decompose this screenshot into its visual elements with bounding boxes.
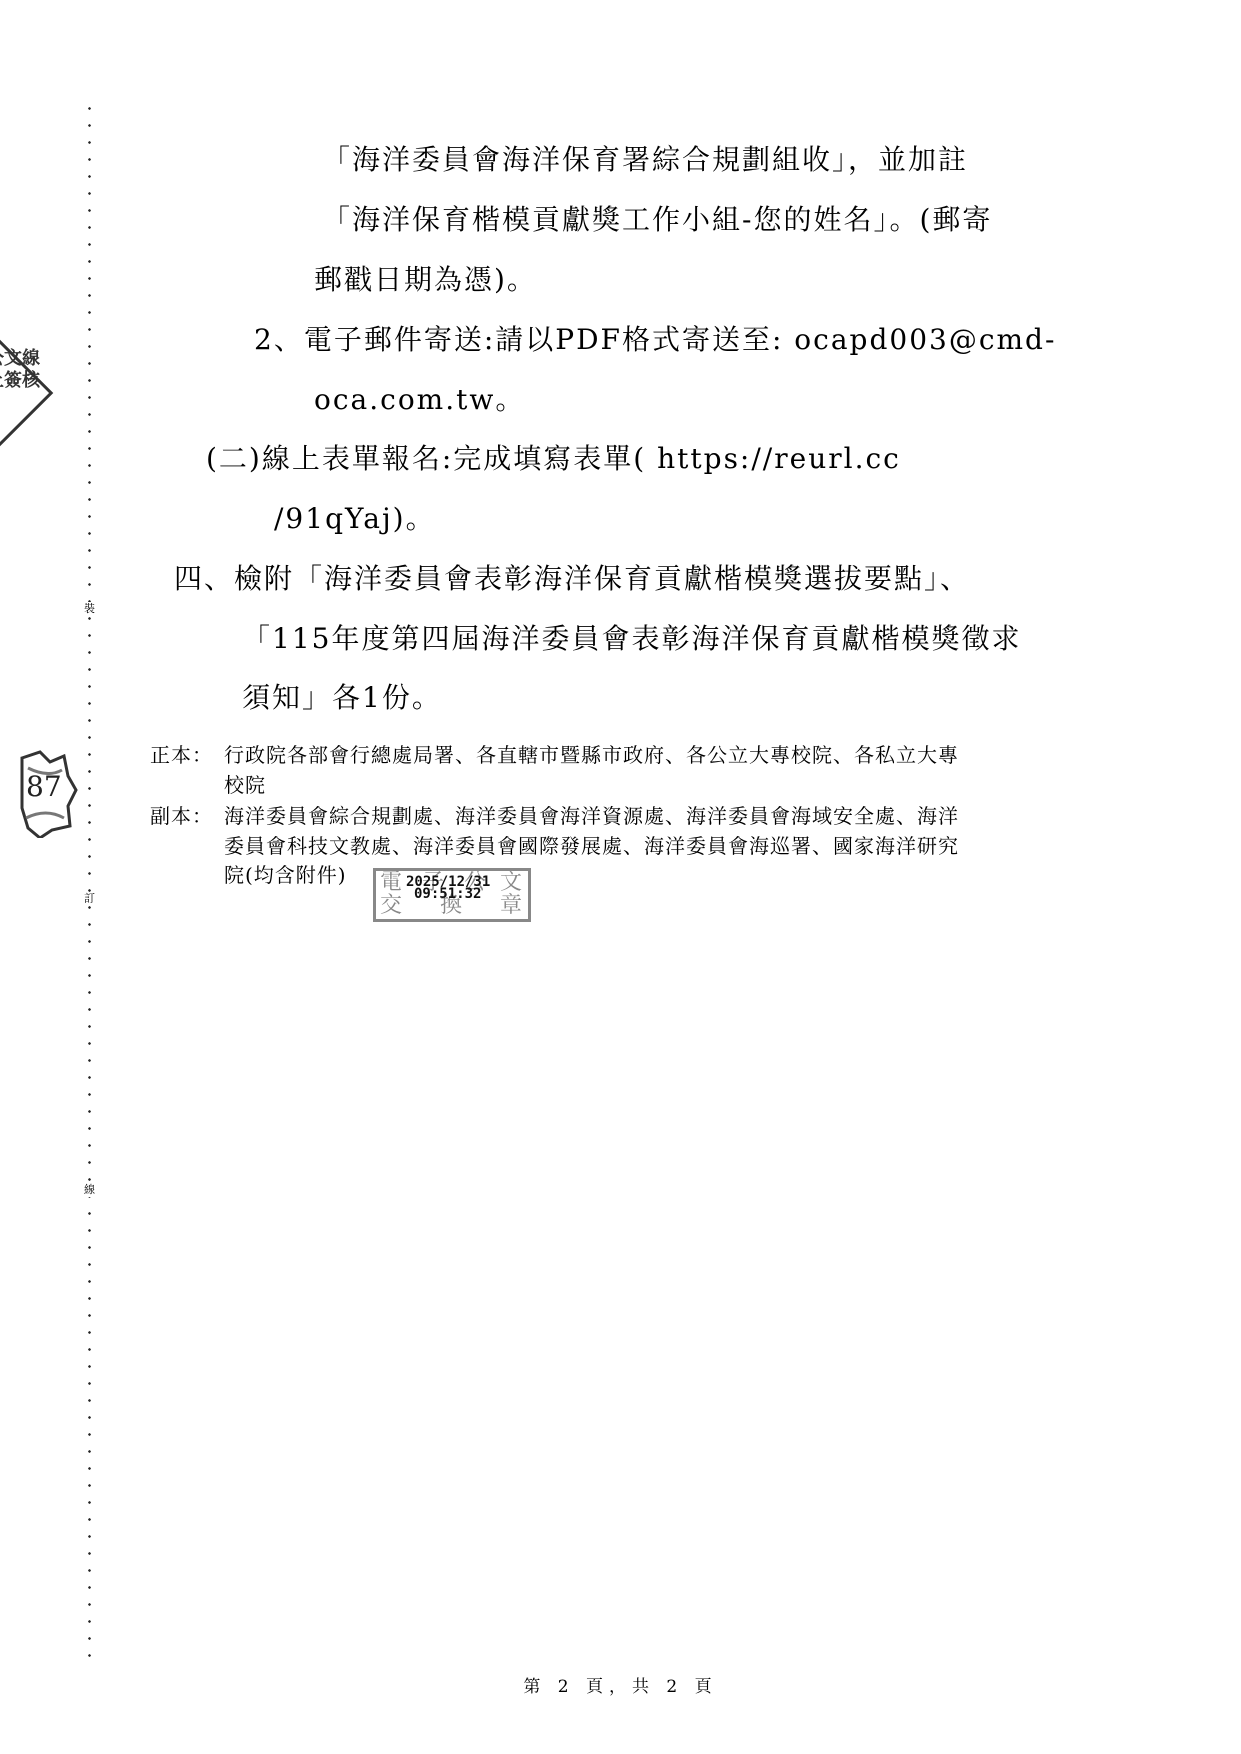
copy-recipient-label: 副本： — [150, 803, 213, 829]
body-line-attachments-2: 「115年度第四屆海洋委員會表彰海洋保育貢獻楷模獎徵求 — [242, 621, 1021, 657]
page-number: 第 2 頁，共 2 頁 — [0, 1672, 1241, 1697]
stamp-char: 章 — [500, 895, 522, 917]
binding-dotted-line — [88, 100, 91, 1670]
body-line-online-form-cont: /91qYaj)。 — [274, 501, 436, 537]
stamp-char: 交 — [380, 895, 402, 917]
copy-recipient-line-3: 院(均含附件) — [224, 862, 347, 888]
seal-text: 公文線上簽核 — [0, 348, 46, 392]
body-line-3: 郵戳日期為憑)。 — [314, 262, 537, 298]
main-recipient-label: 正本： — [150, 742, 213, 768]
body-line-email: 2、電子郵件寄送:請以PDF格式寄送至: ocapd003@cmd- — [254, 322, 1056, 358]
stamp-time: 09:51:32 — [414, 887, 481, 901]
binding-label-ding: 訂 — [84, 892, 95, 906]
body-line-2: 「海洋保育楷模貢獻獎工作小組-您的姓名」。(郵寄 — [322, 202, 992, 238]
diamond-seal-icon: 公文線上簽核 — [0, 338, 90, 448]
stamp-char: 電 — [380, 872, 402, 894]
body-line-online-form: (二)線上表單報名:完成填寫表單( https://reurl.cc — [206, 441, 901, 477]
binding-label-zhuang: 裝 — [84, 602, 95, 616]
binding-label-xian: 線 — [84, 1183, 95, 1197]
body-line-attachments: 四、檢附「海洋委員會表彰海洋保育貢獻楷模獎選拔要點」、 — [174, 561, 970, 597]
page-seal-icon: 87 — [18, 748, 78, 838]
body-line-email-cont: oca.com.tw。 — [314, 382, 525, 418]
copy-recipient-line-1: 海洋委員會綜合規劃處、海洋委員會海洋資源處、海洋委員會海域安全處、海洋 — [224, 803, 959, 829]
main-recipient-line-2: 校院 — [224, 772, 266, 798]
body-line-attachments-3: 須知」各1份。 — [242, 680, 442, 716]
exchange-stamp: 電 子 公 文 交 換 章 2025/12/31 09:51:32 — [373, 868, 531, 922]
stamp-char: 文 — [500, 872, 522, 894]
copy-recipient-line-2: 委員會科技文教處、海洋委員會國際發展處、海洋委員會海巡署、國家海洋研究 — [224, 833, 959, 859]
document-page: 裝 訂 線 公文線上簽核 87 「海洋委員會海洋保育署綜合規劃組收」，並加註 「… — [0, 0, 1241, 1754]
body-line-1: 「海洋委員會海洋保育署綜合規劃組收」，並加註 — [322, 142, 968, 178]
main-recipient-line-1: 行政院各部會行總處局署、各直轄市暨縣市政府、各公立大專校院、各私立大專 — [224, 742, 959, 768]
seal-number: 87 — [26, 770, 62, 803]
